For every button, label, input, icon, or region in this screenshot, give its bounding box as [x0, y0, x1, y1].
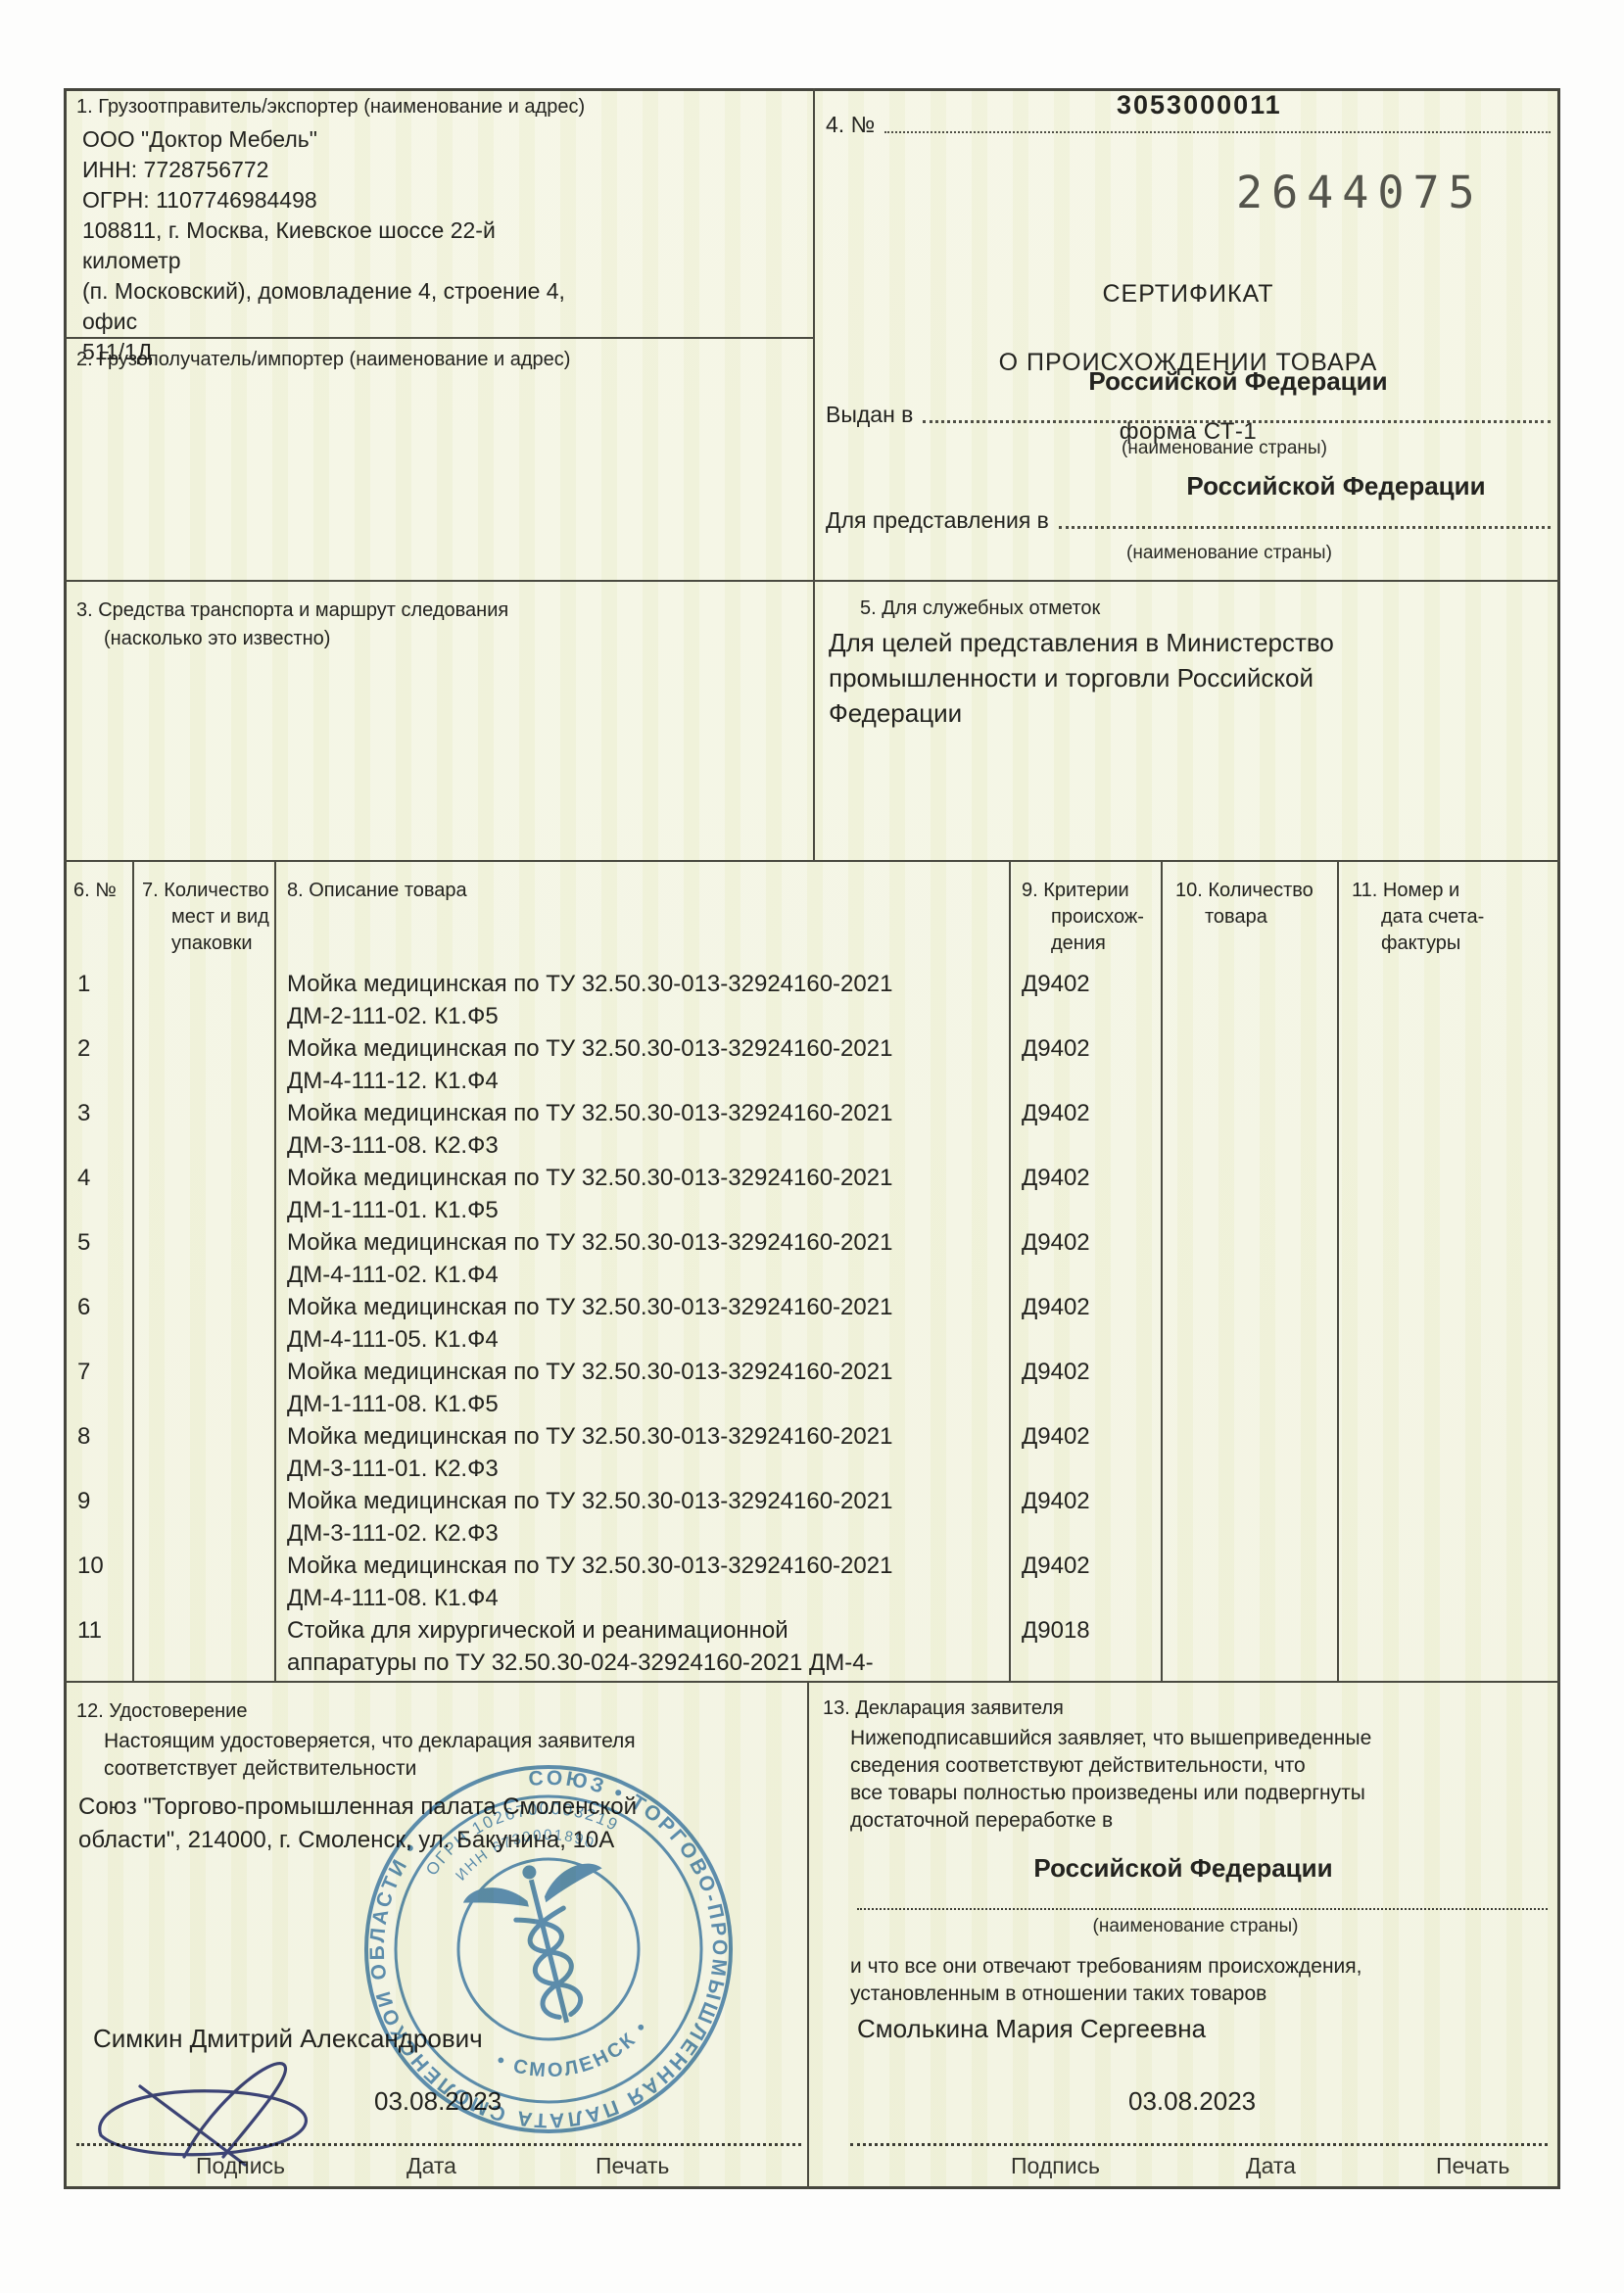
box12-label: 12. Удостоверение: [76, 1700, 247, 1723]
row-number: 8: [77, 1420, 90, 1453]
box4-number-row: 4. №: [826, 112, 1552, 138]
row-description: Мойка медицинская по ТУ 32.50.30-013-329…: [287, 1226, 1004, 1291]
certificate-page: 1. Грузоотправитель/экспортер (наименова…: [0, 0, 1624, 2293]
row-description: Мойка медицинская по ТУ 32.50.30-013-329…: [287, 1162, 1004, 1226]
presented-to-row: Для представления в: [826, 507, 1552, 534]
presented-country-hint: (наименование страны): [1126, 543, 1332, 564]
column-header-11: 11. Номер и дата счета- фактуры: [1352, 878, 1484, 957]
row-description: Мойка медицинская по ТУ 32.50.30-013-329…: [287, 1097, 1004, 1162]
row-criteria: Д9018: [1022, 1614, 1090, 1647]
table-vline-1: [132, 862, 134, 1681]
row-number: 3: [77, 1097, 90, 1129]
box1-label: 1. Грузоотправитель/экспортер (наименова…: [76, 96, 585, 119]
box12-stamp-label: Печать: [596, 2153, 669, 2179]
column-header-9: 9. Критерии происхож- дения: [1022, 878, 1144, 957]
row-number: 9: [77, 1485, 90, 1517]
column-header-7: 7. Количество мест и вид упаковки: [142, 878, 276, 957]
box3-sublabel: (насколько это известно): [104, 628, 330, 650]
row-number: 6: [77, 1291, 90, 1323]
table-vline-3: [1009, 862, 1011, 1681]
column-header-8: 8. Описание товара: [287, 878, 467, 904]
declaration-text2: и что все они отвечают требованиям проис…: [850, 1953, 1361, 2008]
row-number: 1: [77, 968, 90, 1000]
box13-signature-label: Подпись: [1011, 2153, 1100, 2179]
row-criteria: Д9402: [1022, 1291, 1090, 1323]
row-criteria: Д9402: [1022, 1485, 1090, 1517]
box5-label: 5. Для служебных отметок: [860, 597, 1100, 620]
divider-table-bottom: [64, 1681, 1560, 1683]
declaration-text: Нижеподписавшийся заявляет, что вышеприв…: [850, 1725, 1371, 1835]
issued-in-row: Выдан в: [826, 402, 1552, 428]
divider-row2: [64, 580, 1560, 582]
row-criteria: Д9402: [1022, 1356, 1090, 1388]
issued-in-label: Выдан в: [826, 402, 913, 428]
issued-in-value: Российской Федерации: [826, 366, 1601, 397]
issued-in-dotted-leader: [923, 404, 1551, 423]
declaration-country-line: [857, 1888, 1548, 1910]
exporter-details: ООО "Доктор Мебель" ИНН: 7728756772 ОГРН…: [82, 124, 592, 367]
declarant-date: 03.08.2023: [1128, 2086, 1256, 2117]
presented-to-dotted-leader: [1059, 509, 1551, 529]
box13-label: 13. Декларация заявителя: [823, 1697, 1064, 1720]
official-notes-text: Для целей представления в Министерство п…: [829, 625, 1334, 731]
row-criteria: Д9402: [1022, 1032, 1090, 1065]
box2-label: 2. Грузополучатель/импортер (наименовани…: [76, 349, 570, 371]
blank-number: 2644075: [1236, 167, 1484, 218]
row-criteria: Д9402: [1022, 1162, 1090, 1194]
row-description: Мойка медицинская по ТУ 32.50.30-013-329…: [287, 1356, 1004, 1420]
declarant-name: Смолькина Мария Сергеевна: [857, 2014, 1206, 2044]
issued-country-hint: (наименование страны): [1122, 438, 1327, 459]
row-description: Стойка для хирургической и реанимационно…: [287, 1614, 1004, 1679]
box4-label: 4. №: [826, 112, 875, 138]
row-description: Мойка медицинская по ТУ 32.50.30-013-329…: [287, 968, 1004, 1032]
box13-stamp-label: Печать: [1436, 2153, 1509, 2179]
box13-signature-line: [850, 2124, 1548, 2146]
row-criteria: Д9402: [1022, 1097, 1090, 1129]
row-number: 2: [77, 1032, 90, 1065]
presented-to-label: Для представления в: [826, 507, 1049, 534]
presented-to-value: Российской Федерации: [826, 471, 1624, 502]
handwritten-signature: [86, 2047, 390, 2174]
row-number: 7: [77, 1356, 90, 1388]
box13-date-label: Дата: [1246, 2153, 1296, 2179]
divider-vertical-bottom: [807, 1681, 809, 2189]
table-vline-5: [1337, 862, 1339, 1681]
row-criteria: Д9402: [1022, 1420, 1090, 1453]
table-vline-4: [1161, 862, 1163, 1681]
row-description: Мойка медицинская по ТУ 32.50.30-013-329…: [287, 1485, 1004, 1550]
row-criteria: Д9402: [1022, 1226, 1090, 1259]
title-line1: СЕРТИФИКАТ: [855, 277, 1521, 311]
declaration-country: Российской Федерации: [850, 1853, 1516, 1884]
goods-table: 6. № 7. Количество мест и вид упаковки 8…: [64, 862, 1560, 1681]
row-description: Мойка медицинская по ТУ 32.50.30-013-329…: [287, 1550, 1004, 1614]
column-header-6: 6. №: [73, 878, 123, 904]
row-number: 11: [77, 1614, 102, 1647]
row-criteria: Д9402: [1022, 968, 1090, 1000]
row-number: 4: [77, 1162, 90, 1194]
row-description: Мойка медицинская по ТУ 32.50.30-013-329…: [287, 1420, 1004, 1485]
table-vline-2: [274, 862, 276, 1681]
row-number: 5: [77, 1226, 90, 1259]
row-number: 10: [77, 1550, 104, 1582]
box3-label: 3. Средства транспорта и маршрут следова…: [76, 599, 508, 622]
row-description: Мойка медицинская по ТУ 32.50.30-013-329…: [287, 1032, 1004, 1097]
declaration-country-hint: (наименование страны): [850, 1916, 1541, 1937]
row-description: Мойка медицинская по ТУ 32.50.30-013-329…: [287, 1291, 1004, 1356]
column-header-10: 10. Количество товара: [1175, 878, 1314, 931]
box4-dotted-leader: [884, 115, 1551, 133]
caduceus-icon: [458, 1848, 637, 2039]
divider-vertical-top: [813, 88, 815, 860]
row-criteria: Д9402: [1022, 1550, 1090, 1582]
